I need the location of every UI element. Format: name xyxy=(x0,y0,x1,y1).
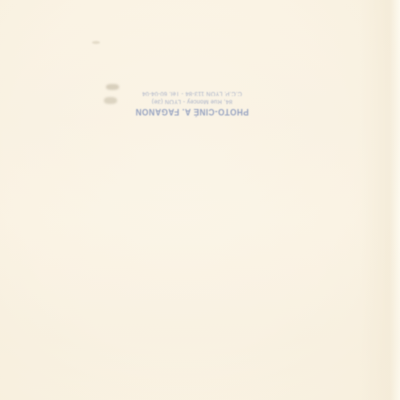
photo-verso-scan: PHOTO-CINÉ A. FAGANON 84, Rue Moncey - L… xyxy=(0,0,400,400)
stamp-address-line: 84, Rue Moncey - LYON (3e) xyxy=(125,98,258,104)
stamp-ccp-line: C.C.P. LYON 113-84 - Tél. 60-04-04 xyxy=(125,90,258,96)
paper-speck xyxy=(92,41,100,44)
photographer-ink-stamp: PHOTO-CINÉ A. FAGANON 84, Rue Moncey - L… xyxy=(124,70,260,118)
pencil-smudge xyxy=(104,97,117,104)
paper-texture xyxy=(0,0,400,400)
pencil-smudge xyxy=(106,84,119,90)
stamp-studio-name: PHOTO-CINÉ A. FAGANON xyxy=(129,107,254,117)
